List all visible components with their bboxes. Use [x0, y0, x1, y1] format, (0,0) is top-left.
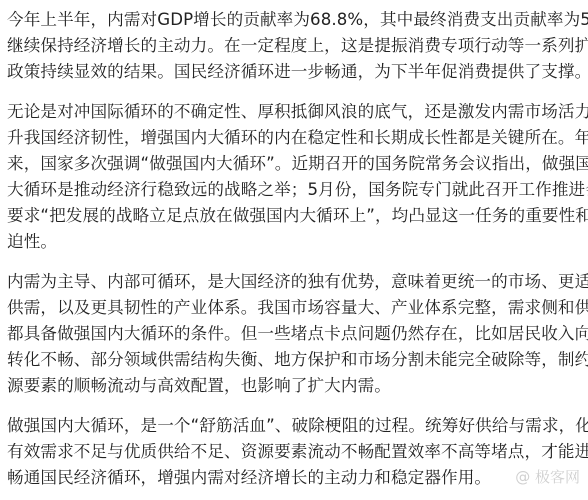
- text-line: 无论是对冲国际循环的不确定性、厚积抵御风浪的底气，还是激发内需市场活力、提: [7, 99, 583, 125]
- text-line: 转化不畅、部分领域供需结构失衡、地方保护和市场分割未能完全破除等，制约着资: [7, 347, 583, 373]
- text-line: 大循环是推动经济行稳致远的战略之举；5月份，国务院专门就此召开工作推进会，: [7, 177, 583, 203]
- text-line: 要求“把发展的战略立足点放在做强国内大循环上”，均凸显这一任务的重要性和紧: [7, 203, 583, 229]
- text-line: 迫性。: [7, 229, 583, 255]
- text-line: 政策持续显效的结果。国民经济循环进一步畅通，为下半年促消费提供了支撑。: [7, 59, 583, 85]
- text-line: 来，国家多次强调“做强国内大循环”。近期召开的国务院常务会议指出，做强国内: [7, 151, 583, 177]
- paragraph-4: 做强国内大循环，是一个“舒筋活血”、破除梗阻的过程。统筹好供给与需求，化解 有效…: [7, 413, 583, 491]
- watermark: @ 极客网: [515, 466, 580, 487]
- paragraph-3: 内需为主导、内部可循环，是大国经济的独有优势，意味着更统一的市场、更适配的 供需…: [7, 269, 583, 399]
- text-line: 有效需求不足与优质供给不足、资源要素流动不畅配置效率不高等堵点，才能进一步: [7, 439, 583, 465]
- text-line: 都具备做强国内大循环的条件。但一些堵点卡点问题仍然存在，比如居民收入向消费: [7, 321, 583, 347]
- article-body: 今年上半年，内需对GDP增长的贡献率为68.8%，其中最终消费支出贡献率为52%…: [7, 7, 583, 500]
- paragraph-2: 无论是对冲国际循环的不确定性、厚积抵御风浪的底气，还是激发内需市场活力、提 升我…: [7, 99, 583, 255]
- text-line: 升我国经济韧性，增强国内大循环的内在稳定性和长期成长性都是关键所在。年初以: [7, 125, 583, 151]
- text-line: 内需为主导、内部可循环，是大国经济的独有优势，意味着更统一的市场、更适配的: [7, 269, 583, 295]
- text-line: 今年上半年，内需对GDP增长的贡献率为68.8%，其中最终消费支出贡献率为52%…: [7, 7, 583, 33]
- text-line: 继续保持经济增长的主动力。在一定程度上，这是提振消费专项行动等一系列扩内需: [7, 33, 583, 59]
- text-line: 做强国内大循环，是一个“舒筋活血”、破除梗阻的过程。统筹好供给与需求，化解: [7, 413, 583, 439]
- paragraph-1: 今年上半年，内需对GDP增长的贡献率为68.8%，其中最终消费支出贡献率为52%…: [7, 7, 583, 85]
- text-line: 供需，以及更具韧性的产业体系。我国市场容量大、产业体系完整，需求侧和供给侧: [7, 295, 583, 321]
- text-line: 畅通国民经济循环，增强内需对经济增长的主动力和稳定器作用。: [7, 465, 583, 491]
- text-line: 源要素的顺畅流动与高效配置，也影响了扩大内需。: [7, 373, 583, 399]
